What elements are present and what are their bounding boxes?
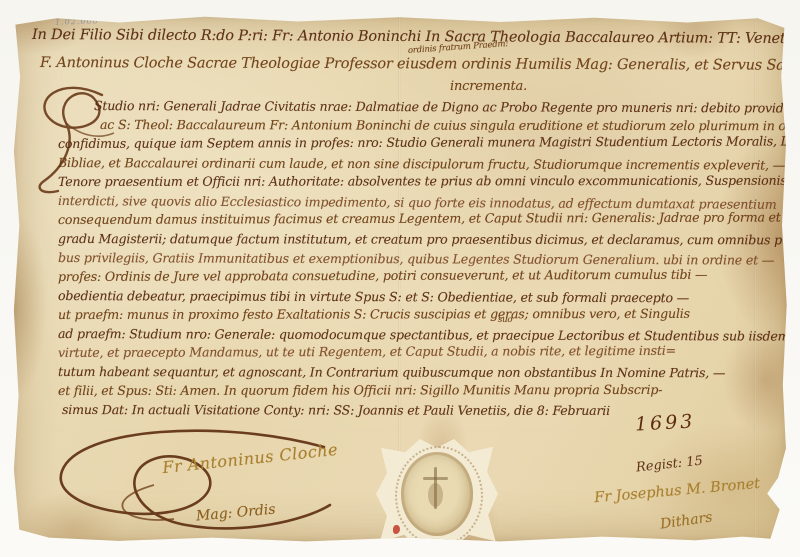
archival-pencil-note: 1.02.068 (55, 16, 99, 27)
body-line: simus Dat: In actuali Visitatione Conty:… (62, 402, 610, 418)
body-line: et filii, et Spus: Sti: Amen. In quorum … (58, 382, 662, 398)
signature-registrar: Fr Josephus M. Bronet (594, 476, 761, 506)
signature-registrar-title: Dithars (659, 509, 713, 532)
body-line: gradu Magisterii; datumque factum instit… (58, 231, 789, 247)
wax-seal (376, 439, 498, 544)
body-line: Bibliae, et Baccalaurei ordinarii cum la… (58, 155, 785, 173)
body-line: bus privilegiis, Gratiis Immunitatibus e… (58, 250, 774, 267)
header-line-2: F. Antoninus Cloche Sacrae Theologiae Pr… (40, 55, 789, 74)
body-line: ut praefm: munus in proximo festo Exalta… (58, 306, 690, 322)
manuscript-paper: 1.02.068 In Dei Filio Sibi dilecto R:do … (10, 13, 789, 544)
body-line: consequendum damus instituimus facimus e… (58, 209, 781, 227)
body-line: profes: Ordinis de Jure vel approbata co… (58, 267, 707, 284)
register-note: Regist: 15 (635, 454, 703, 476)
header-line-1: In Dei Filio Sibi dilecto R:do P:ri: Fr:… (32, 27, 789, 47)
body-line: confidimus, quique iam Septem annis in p… (58, 133, 789, 151)
body-line: tutum habeant sequantur, et agnoscant, I… (58, 364, 725, 380)
document-photo: 1.02.068 In Dei Filio Sibi dilecto R:do … (0, 0, 800, 557)
body-line: Studio nri: Generali Jadrae Civitatis nr… (94, 98, 789, 116)
body-line: obedientia debeatur, praecipimus tibi in… (58, 288, 689, 305)
body-line: ac S: Theol: Baccalaureum Fr: Antonium B… (100, 117, 789, 133)
signature-master-general-title: Mag: Ordis (195, 502, 276, 525)
body-line: virtute, et praecepto Mandamus, ut te ut… (58, 343, 676, 360)
signature-master-general: Fr Antoninus Cloche (161, 440, 338, 477)
body-interline-insertion: suo (498, 315, 512, 325)
header-line-3: incrementa. (450, 79, 527, 94)
body-line: ad praefm: Studium nro: Generale: quomod… (58, 326, 789, 344)
date-year: 1693 (634, 410, 695, 435)
vertical-fold-crease (754, 13, 757, 544)
crucifix-figure (428, 483, 443, 507)
crucifix-icon (423, 477, 448, 480)
body-line: Tenore praesentium et Officii nri: Autho… (58, 173, 789, 189)
